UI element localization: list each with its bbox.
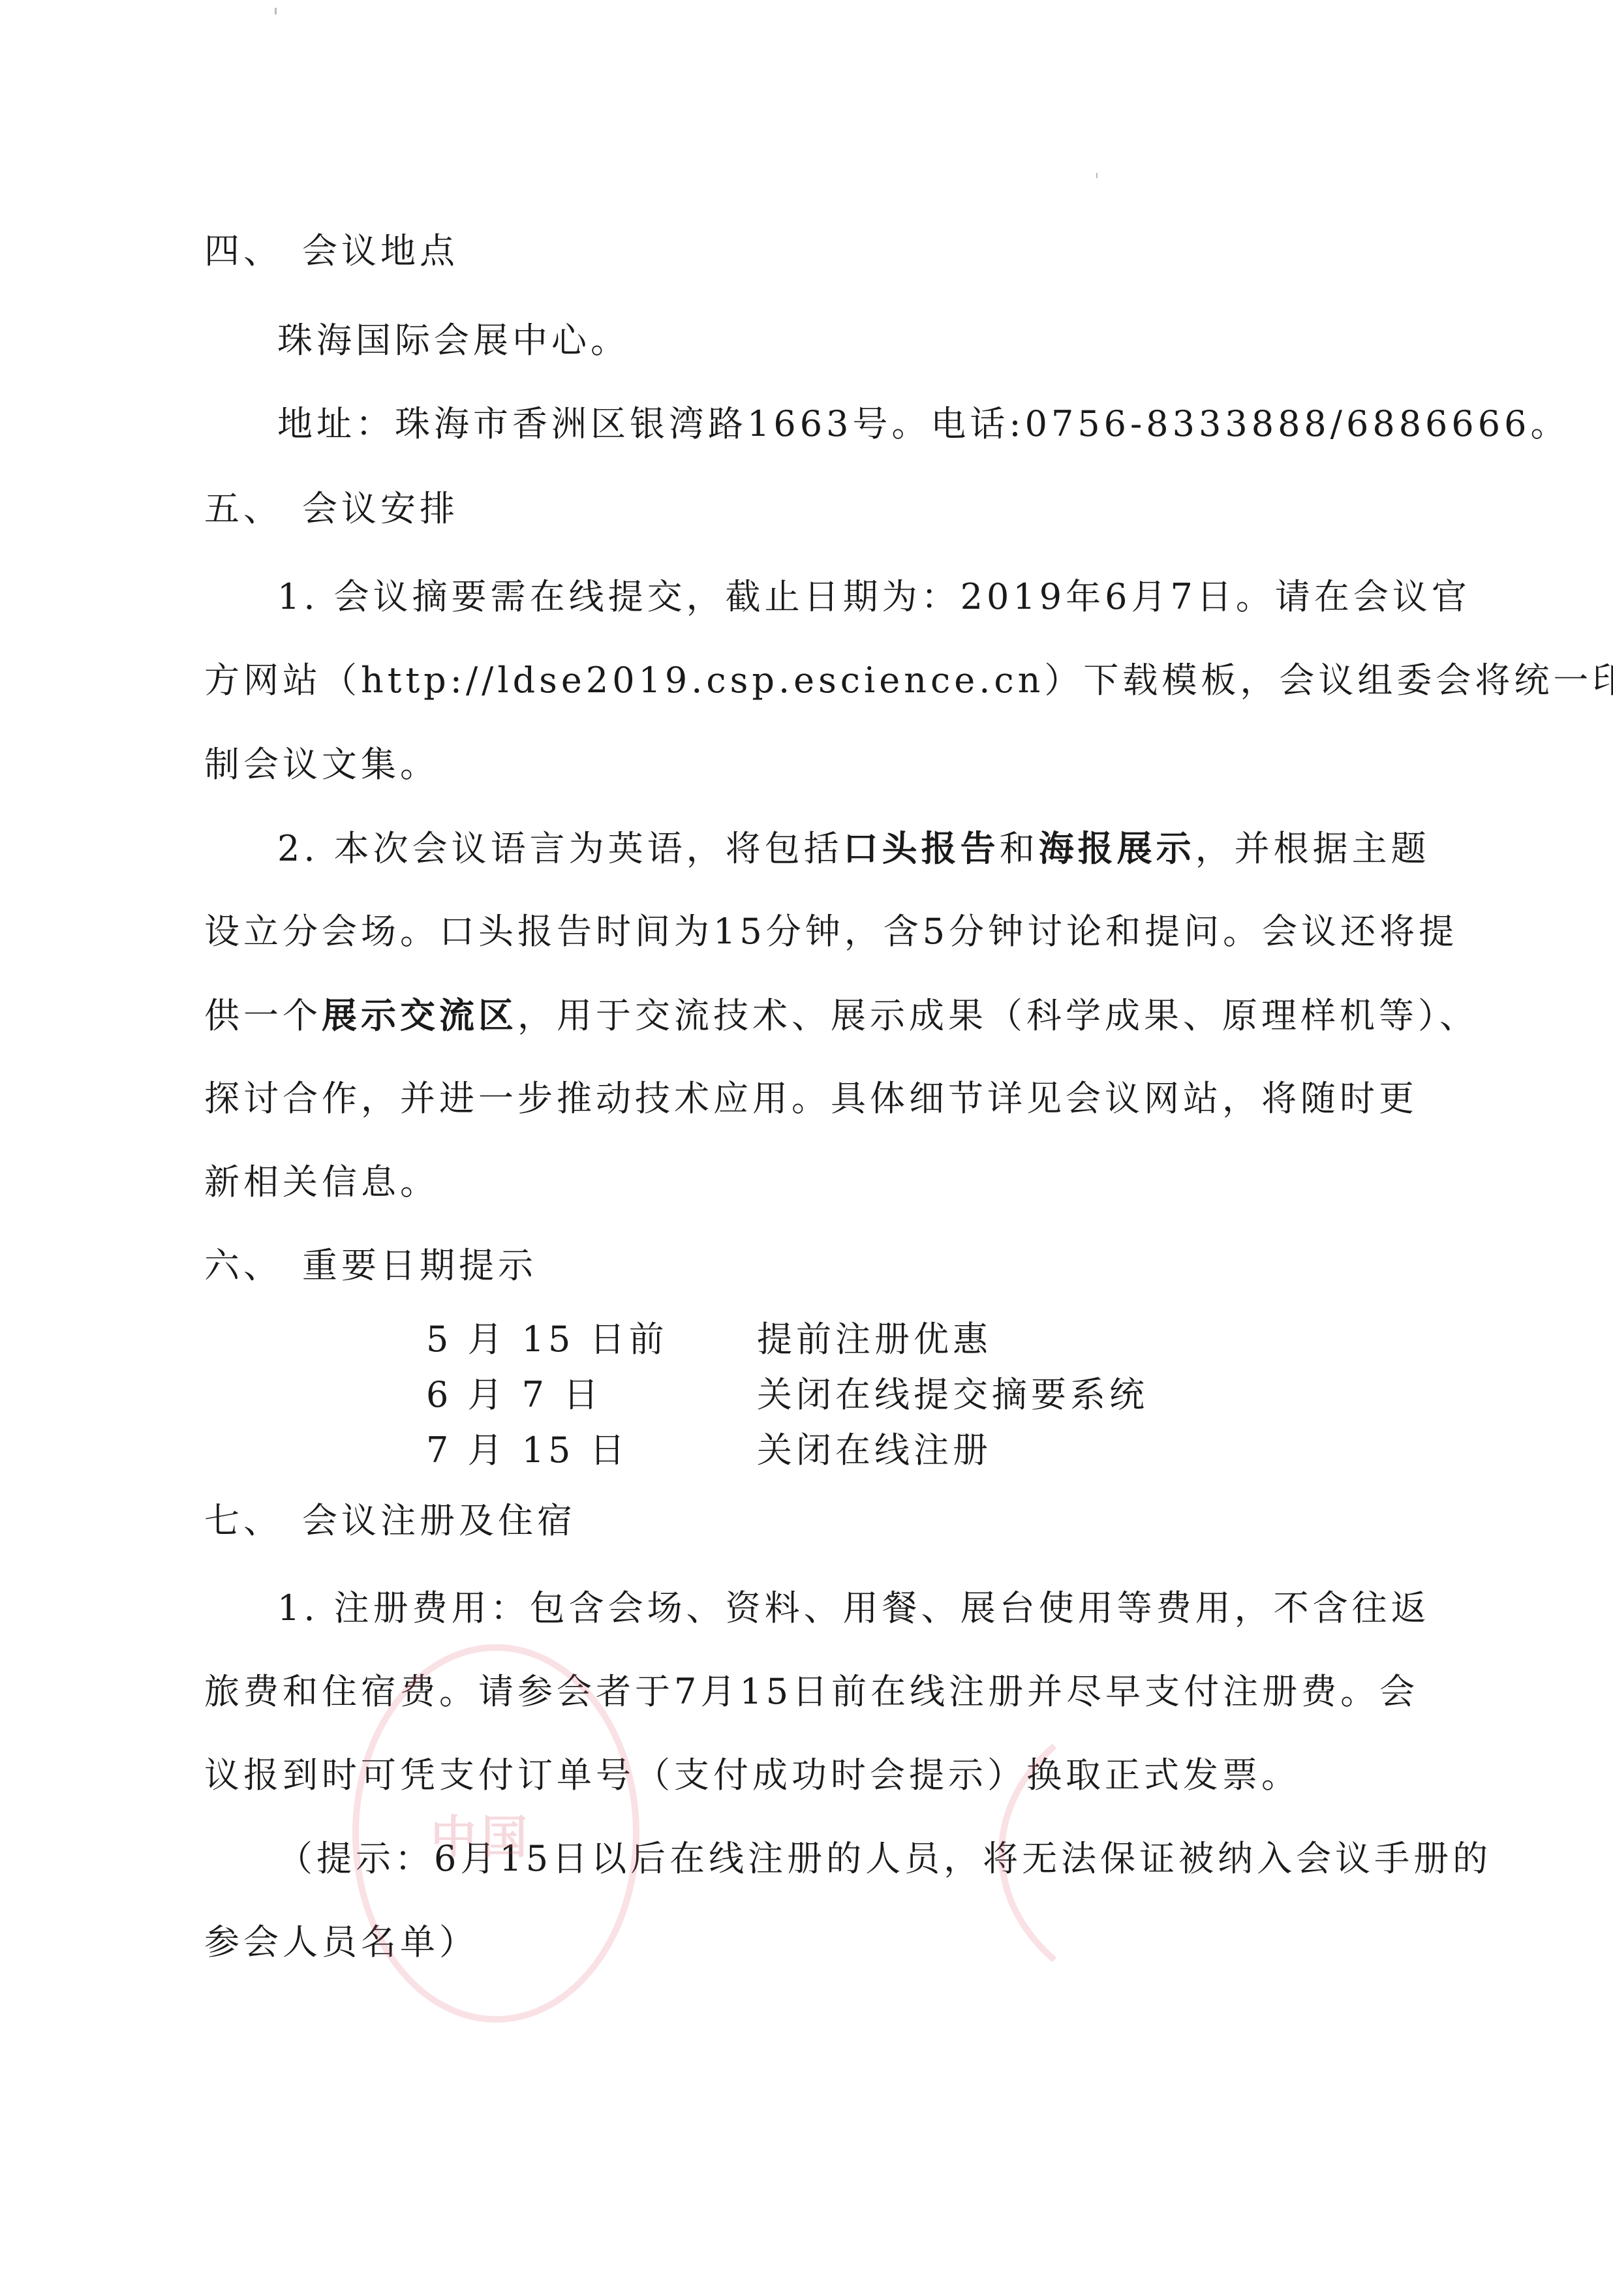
section-title: 会议安排 — [302, 488, 459, 529]
text-span: 和 — [1000, 828, 1039, 869]
venue-address: 地址：珠海市香洲区银湾路1663号。电话:0756-8333888/688666… — [277, 401, 1569, 447]
note-line: 参会人员名单） — [204, 1920, 478, 1965]
paragraph-line: 探讨合作，并进一步推动技术应用。具体细节详见会议网站，将随时更 — [204, 1076, 1418, 1122]
paragraph-line: 旅费和住宿费。请参会者于7月15日前在线注册并尽早支付注册费。会 — [204, 1669, 1419, 1715]
bold-term: 展示交流区 — [322, 994, 517, 1036]
section-5-heading: 五、会议安排 — [204, 486, 459, 532]
text-span: ，并根据主题 — [1195, 828, 1430, 869]
paragraph-line: 制会议文集。 — [204, 742, 439, 788]
paragraph-line: 供一个展示交流区，用于交流技术、展示成果（科学成果、原理样机等）、 — [204, 992, 1479, 1039]
section-number: 六、 — [204, 1243, 302, 1289]
date-event: 关闭在线注册 — [757, 1428, 992, 1473]
section-title: 会议注册及住宿 — [302, 1500, 576, 1541]
section-title: 会议地点 — [302, 230, 459, 271]
text-span: 供一个 — [204, 995, 322, 1036]
section-6-heading: 六、重要日期提示 — [204, 1243, 537, 1289]
section-number: 四、 — [204, 228, 302, 274]
date-value: 7 月 15 日 — [426, 1428, 629, 1473]
paragraph-line: 方网站（http://ldse2019.csp.escience.cn）下载模板… — [204, 658, 1613, 703]
section-title: 重要日期提示 — [302, 1245, 537, 1286]
text-span: ，用于交流技术、展示成果（科学成果、原理样机等）、 — [517, 995, 1479, 1036]
paragraph-line: 设立分会场。口头报告时间为15分钟，含5分钟讨论和提问。会议还将提 — [204, 909, 1458, 955]
scan-artifact — [275, 8, 277, 14]
section-7-heading: 七、会议注册及住宿 — [204, 1498, 576, 1544]
bold-term: 海报展示 — [1039, 827, 1195, 869]
bold-term: 口头报告 — [843, 827, 1000, 869]
paragraph-line: 2. 本次会议语言为英语，将包括口头报告和海报展示，并根据主题 — [277, 825, 1430, 872]
note-line: （提示：6月15日以后在线注册的人员，将无法保证被纳入会议手册的 — [277, 1836, 1492, 1882]
date-event: 关闭在线提交摘要系统 — [757, 1372, 1148, 1418]
paragraph-line: 新相关信息。 — [204, 1159, 439, 1205]
paragraph-line: 1. 注册费用：包含会场、资料、用餐、展台使用等费用，不含往返 — [277, 1585, 1430, 1631]
section-number: 五、 — [204, 486, 302, 532]
scan-artifact — [1096, 173, 1098, 178]
venue-name: 珠海国际会展中心。 — [277, 318, 630, 363]
text-span: 2. 本次会议语言为英语，将包括 — [277, 828, 843, 869]
section-number: 七、 — [204, 1498, 302, 1544]
date-event: 提前注册优惠 — [757, 1317, 992, 1362]
paragraph-line: 议报到时可凭支付订单号（支付成功时会提示）换取正式发票。 — [204, 1753, 1300, 1798]
date-value: 5 月 15 日前 — [426, 1317, 668, 1362]
section-4-heading: 四、会议地点 — [204, 228, 459, 274]
document-page: 四、会议地点 珠海国际会展中心。 地址：珠海市香洲区银湾路1663号。电话:07… — [0, 0, 1613, 2296]
paragraph-line: 1. 会议摘要需在线提交，截止日期为：2019年6月7日。请在会议官 — [277, 574, 1471, 620]
date-value: 6 月 7 日 — [426, 1372, 602, 1418]
